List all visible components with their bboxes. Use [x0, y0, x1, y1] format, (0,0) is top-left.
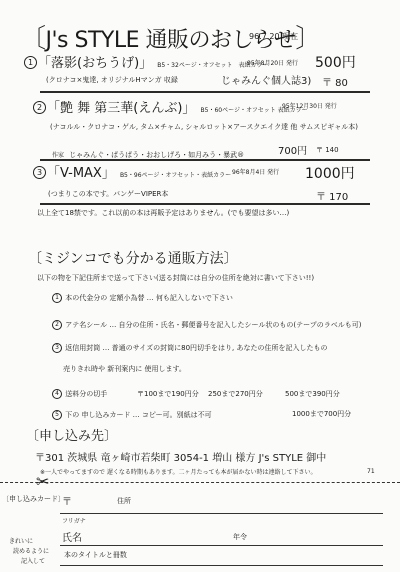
name-label: 氏名: [62, 529, 82, 544]
step-2: 2 アテ名シール … 自分の住所・氏名・郵便番号を記入したシール状のもの(テープ…: [52, 320, 362, 330]
step-3-note: 売りきれ時や 新刊案内に 使用します。: [63, 364, 186, 374]
product-description: (つまりこの本です。バンゲーVIPER本: [48, 189, 168, 199]
furigana-label: フリガナ: [62, 516, 86, 525]
shipping-cost: 〒 80: [322, 74, 348, 89]
side-note: 記入して: [21, 556, 45, 565]
number-badge: 1: [24, 56, 37, 69]
address-label: 住所: [117, 496, 131, 506]
price: 700円: [278, 142, 307, 157]
scissors-icon: ✂: [36, 472, 49, 491]
address-field[interactable]: [60, 513, 383, 514]
as-of-date: 96.7.20 現在: [249, 31, 298, 42]
side-note: 読めるように: [13, 546, 49, 555]
postage-rate: 500まで390円分: [285, 389, 340, 399]
page-number: 71: [367, 468, 375, 475]
address-note: ※一人でやってますので 遅くなる時期もあります。二ヶ月たっても本が届かない時は連…: [40, 467, 316, 476]
mailing-address: 〒301 茨城県 竜ヶ崎市若柴町 3054-1 増山 様方 J's STYLE …: [35, 449, 326, 464]
form-label: 〔申し込みカード〕: [2, 494, 65, 504]
name-field[interactable]: [60, 545, 383, 546]
step-1: 1 本の代金分の 定額小為替 … 何も記入しないで下さい: [52, 293, 233, 303]
price: 500円: [315, 52, 356, 72]
shipping-cost: 〒 170: [316, 188, 348, 203]
release-date: 95年8月20日 発行: [247, 58, 298, 67]
step-3: 3 返信用封筒 … 普通のサイズの封筒に80円切手をはり, あなたの住所を記入し…: [52, 343, 327, 353]
divider: [40, 159, 370, 161]
postage-rate: 〒100まで190円分: [137, 389, 199, 399]
method-intro: 以下の物を下記住所まで送って下さい(送る封筒には自分の住所を絶対に書いて下さい!…: [37, 273, 314, 283]
step-4: 4 送料分の切手: [52, 389, 107, 399]
product-note: じゃみんぐ個人誌3): [221, 72, 311, 87]
cut-line: [0, 482, 400, 483]
postal-mark: 〒: [62, 493, 72, 508]
number-badge: 3: [33, 166, 46, 179]
release-date: 96年8月4日 発行: [232, 167, 279, 176]
product-title: 「艶 舞 第三華(えんぶ)」: [47, 101, 195, 116]
divider: [40, 91, 370, 93]
number-badge: 2: [33, 101, 46, 114]
product-title: 「V-MAX」: [47, 166, 115, 181]
age-label: 年令: [233, 532, 247, 542]
shipping-cost: 〒 140: [316, 145, 339, 155]
price: 1000円: [305, 163, 355, 183]
product-description: (ナコルル・クロナコ・ゲル, タム×チャム, シャルロット×アースクエイク達 他…: [50, 122, 358, 132]
postage-rate: 1000まで700円分: [292, 409, 351, 419]
authors: じゃみんぐ・ぱうぱう・おおしげろ・如月みう・暴武®: [69, 151, 244, 159]
title-quantity-field[interactable]: [60, 565, 383, 566]
side-note: きれいに: [9, 536, 33, 545]
postage-rate: 250まで270円分: [208, 389, 263, 399]
step-5: 5 下の 申し込みカード … コピー可。別紙は不可: [52, 410, 212, 420]
address-heading: 〔申し込み先〕: [26, 425, 117, 444]
product-title: 「落影(おちうげ)」: [38, 56, 152, 71]
title-quantity-label: 本のタイトルと冊数: [64, 550, 127, 560]
authors-label: 作家: [52, 152, 64, 159]
divider: [40, 203, 370, 205]
release-date: 95年12月30日 発行: [282, 101, 337, 110]
product-specs: B5・96ページ・オフセット・表紙カラー: [120, 172, 231, 179]
method-heading: 〔ミジンコでも分かる通販方法〕: [28, 248, 238, 268]
product-description: (クロナコ×鬼達, オリジナルHマンガ 収録: [46, 75, 178, 85]
summary-note: 以上全て18禁です。これ以前の本は再販予定はありません。(でも要望は多い…): [37, 208, 289, 218]
